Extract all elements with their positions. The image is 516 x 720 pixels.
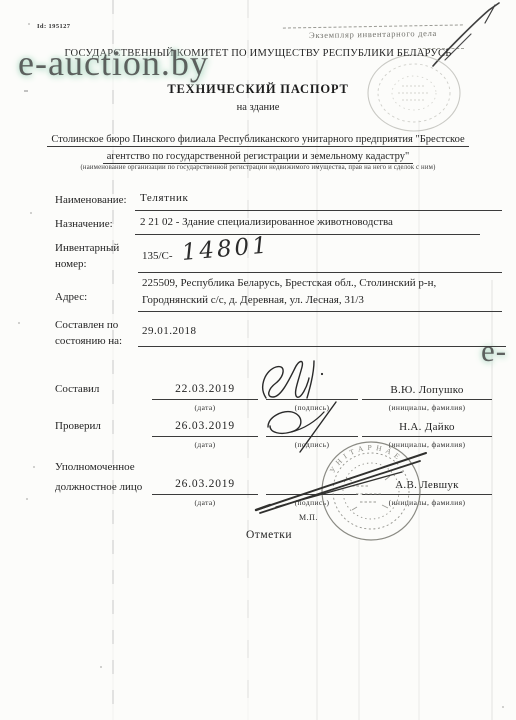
ruled-line xyxy=(138,346,506,347)
signature-row-label: Уполномоченное должностное лицо xyxy=(55,457,167,497)
scan-speck xyxy=(18,322,20,324)
ruled-line xyxy=(138,272,502,273)
signature-row-name: В.Ю. Лопушко xyxy=(362,384,492,396)
document-page: Id: 195127 Экземпляр инвентарного дела Г… xyxy=(0,0,516,720)
watermark-partial: e- xyxy=(481,333,507,369)
signature-scribble xyxy=(250,444,436,518)
scan-speck xyxy=(26,498,28,500)
document-id-label: Id: 195127 xyxy=(37,23,70,30)
signature-date-line xyxy=(152,436,258,437)
signature-name-line xyxy=(362,436,492,437)
caption-date: (дата) xyxy=(152,440,258,449)
organization-line2: агентство по государственной регистрации… xyxy=(103,151,414,164)
field-inventory-label: Инвентарный номер: xyxy=(55,240,135,272)
organization-name: Столинское бюро Пинского филиала Республ… xyxy=(0,129,516,147)
field-name-value: Телятник xyxy=(140,192,188,204)
mp-seal-label: М.П. xyxy=(299,513,318,522)
ruled-line xyxy=(135,234,480,235)
ruled-line xyxy=(138,311,502,312)
field-address-line2: Городнянский с/с, д. Деревная, ул. Лесна… xyxy=(142,294,364,306)
scan-speck xyxy=(33,466,35,468)
field-asof-label: Составлен по состоянию на: xyxy=(55,317,150,349)
scan-streak xyxy=(358,540,360,720)
scan-speck xyxy=(502,706,504,708)
field-address-label: Адрес: xyxy=(55,289,87,305)
field-name-label: Наименование: xyxy=(55,192,127,208)
caption-date: (дата) xyxy=(152,403,258,412)
organization-name: агентство по государственной регистрации… xyxy=(0,146,516,164)
field-address-line1: 225509, Республика Беларусь, Брестская о… xyxy=(142,277,436,289)
caption-initials: (инициалы, фамилия) xyxy=(362,403,492,412)
signature-row-label: Проверил xyxy=(55,420,101,432)
signature-scribble xyxy=(254,356,362,404)
signature-row-name: Н.А. Дайко xyxy=(362,421,492,433)
document-subtitle: на здание xyxy=(0,102,516,113)
scan-speck xyxy=(100,666,102,668)
field-inventory-prefix: 135/С- xyxy=(142,250,173,262)
organization-caption: (наименование организации по государстве… xyxy=(0,164,516,171)
field-purpose-value: 2 21 02 - Здание специализированное живо… xyxy=(140,216,393,228)
document-title: ТЕХНИЧЕСКИЙ ПАСПОРТ xyxy=(0,82,516,97)
field-asof-value: 29.01.2018 xyxy=(142,325,197,337)
caption-date: (дата) xyxy=(152,498,258,507)
signature-date-line xyxy=(152,399,258,400)
signature-row-date: 22.03.2019 xyxy=(152,383,258,395)
watermark: e-auction.by xyxy=(18,42,209,84)
field-purpose-label: Назначение: xyxy=(55,216,113,232)
signature-row-date: 26.03.2019 xyxy=(152,478,258,490)
signature-row-date: 26.03.2019 xyxy=(152,420,258,432)
ruled-line xyxy=(135,210,502,211)
handwritten-inventory-number: 14801 xyxy=(181,232,271,266)
scan-speck xyxy=(28,23,30,25)
signature-row-label: Составил xyxy=(55,383,99,395)
marks-heading: Отметки xyxy=(246,529,292,541)
scan-speck xyxy=(30,212,32,214)
signature-name-line xyxy=(362,399,492,400)
signature-date-line xyxy=(152,494,258,495)
